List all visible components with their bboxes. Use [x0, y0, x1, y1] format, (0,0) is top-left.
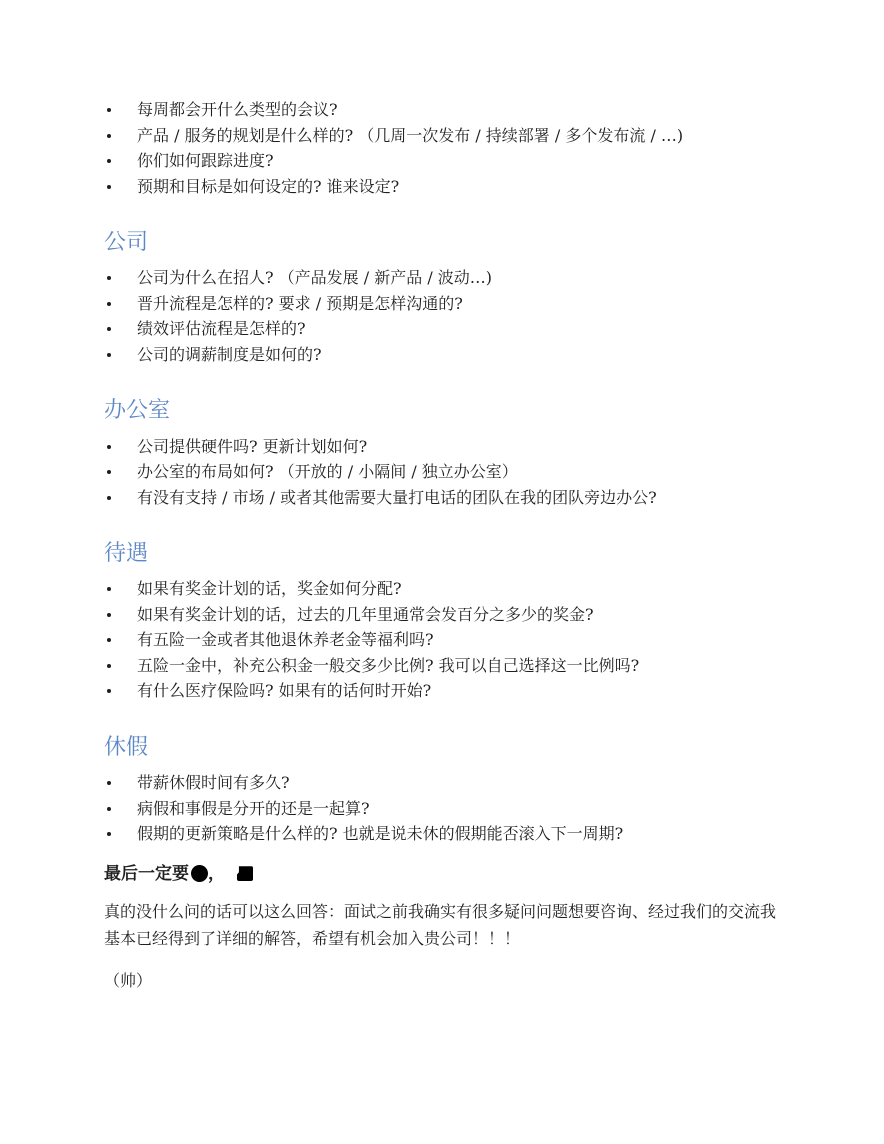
- list-item: 有五险一金或者其他退休养老金等福利吗?: [104, 627, 780, 653]
- list-item: 如果有奖金计划的话，过去的几年里通常会发百分之多少的奖金?: [104, 602, 780, 628]
- intro-question-list: 每周都会开什么类型的会议? 产品 / 服务的规划是什么样的? （几周一次发布 /…: [104, 97, 780, 199]
- section-heading-vacation: 休假: [104, 735, 780, 760]
- vacation-question-list: 带薪休假时间有多久? 病假和事假是分开的还是一起算? 假期的更新策略是什么样的?…: [104, 770, 780, 847]
- list-item: 如果有奖金计划的话，奖金如何分配?: [104, 576, 780, 602]
- company-question-list: 公司为什么在招人? （产品发展 / 新产品 / 波动…) 晋升流程是怎样的? 要…: [104, 265, 780, 367]
- list-item: 晋升流程是怎样的? 要求 / 预期是怎样沟通的?: [104, 291, 780, 317]
- list-item: 公司提供硬件吗? 更新计划如何?: [104, 434, 780, 460]
- closing-bold-line: 最后一定要 ，: [104, 863, 780, 885]
- list-item: 绩效评估流程是怎样的?: [104, 316, 780, 342]
- list-item: 你们如何跟踪进度?: [104, 148, 780, 174]
- compensation-question-list: 如果有奖金计划的话，奖金如何分配? 如果有奖金计划的话，过去的几年里通常会发百分…: [104, 576, 780, 704]
- section-heading-office: 办公室: [104, 398, 780, 423]
- list-item: 预期和目标是如何设定的? 谁来设定?: [104, 174, 780, 200]
- list-item: 病假和事假是分开的还是一起算?: [104, 796, 780, 822]
- emoji-blob-circle-icon: [191, 865, 208, 882]
- section-heading-compensation: 待遇: [104, 541, 780, 566]
- list-item: 每周都会开什么类型的会议?: [104, 97, 780, 123]
- closing-footnote: （帅）: [104, 968, 780, 993]
- list-item: 五险一金中，补充公积金一般交多少比例? 我可以自己选择这一比例吗?: [104, 653, 780, 679]
- list-item: 有没有支持 / 市场 / 或者其他需要大量打电话的团队在我的团队旁边办公?: [104, 485, 780, 511]
- list-item: 公司的调薪制度是如何的?: [104, 342, 780, 368]
- document-page: 每周都会开什么类型的会议? 产品 / 服务的规划是什么样的? （几周一次发布 /…: [0, 0, 884, 1144]
- closing-bold-text: 最后一定要: [104, 863, 189, 885]
- list-item: 产品 / 服务的规划是什么样的? （几周一次发布 / 持续部署 / 多个发布流 …: [104, 123, 780, 149]
- closing-paragraph: 真的没什么问的话可以这么回答：面试之前我确实有很多疑问问题想要咨询、经过我们的交…: [104, 898, 780, 952]
- list-item: 假期的更新策略是什么样的? 也就是说未休的假期能否滚入下一周期?: [104, 821, 780, 847]
- section-heading-company: 公司: [104, 230, 780, 255]
- list-item: 有什么医疗保险吗? 如果有的话何时开始?: [104, 678, 780, 704]
- office-question-list: 公司提供硬件吗? 更新计划如何? 办公室的布局如何? （开放的 / 小隔间 / …: [104, 434, 780, 511]
- closing-separator: ，: [208, 863, 225, 885]
- list-item: 办公室的布局如何? （开放的 / 小隔间 / 独立办公室）: [104, 459, 780, 485]
- emoji-blob-square-icon: [237, 866, 253, 881]
- list-item: 带薪休假时间有多久?: [104, 770, 780, 796]
- list-item: 公司为什么在招人? （产品发展 / 新产品 / 波动…): [104, 265, 780, 291]
